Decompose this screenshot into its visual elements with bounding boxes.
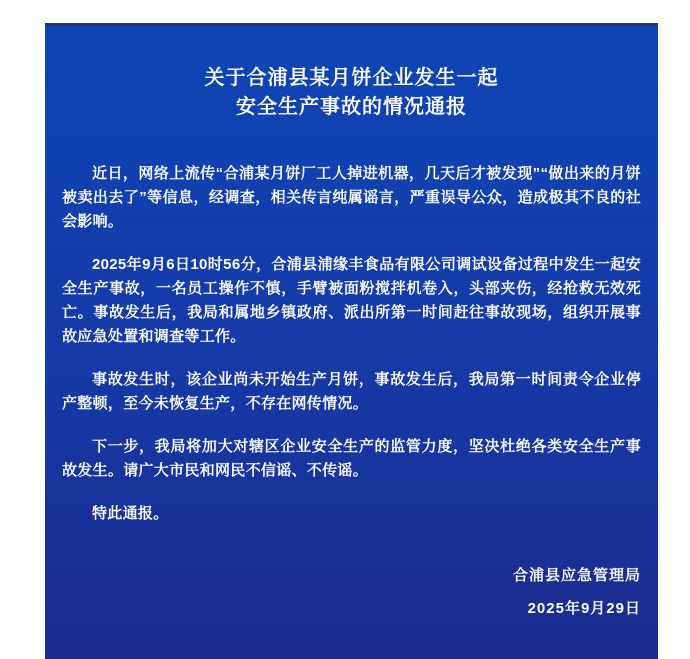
notice-title-line-1: 关于合浦县某月饼企业发生一起 <box>205 67 499 89</box>
signature-block: 合浦县应急管理局 2025年9月29日 <box>62 564 641 621</box>
notice-paragraph: 下一步，我局将加大对辖区企业安全生产的监管力度，坚决杜绝各类安全生产事故发生。请… <box>62 435 641 483</box>
page-background: { "notice": { "title_line1": "关于合浦县某月饼企业… <box>0 0 690 659</box>
notice-body: 近日，网络上流传“合浦某月饼厂工人掉进机器，几天后才被发现”“做出来的月饼被卖出… <box>62 162 641 526</box>
notice-title-line-2: 安全生产事故的情况通报 <box>236 96 467 118</box>
notice-paragraph: 2025年9月6日10时56分，合浦县浦缘丰食品有限公司调试设备过程中发生一起安… <box>62 253 641 349</box>
notice-panel: 关于合浦县某月饼企业发生一起 安全生产事故的情况通报 近日，网络上流传“合浦某月… <box>45 23 658 659</box>
issue-date: 2025年9月29日 <box>62 597 641 621</box>
notice-title: 关于合浦县某月饼企业发生一起 安全生产事故的情况通报 <box>62 64 641 122</box>
notice-paragraph: 事故发生时，该企业尚未开始生产月饼，事故发生后，我局第一时间责令企业停产整顿，至… <box>62 368 641 416</box>
issuer-name: 合浦县应急管理局 <box>62 564 641 588</box>
notice-paragraph: 近日，网络上流传“合浦某月饼厂工人掉进机器，几天后才被发现”“做出来的月饼被卖出… <box>62 162 641 234</box>
notice-closing-line: 特此通报。 <box>62 502 641 526</box>
